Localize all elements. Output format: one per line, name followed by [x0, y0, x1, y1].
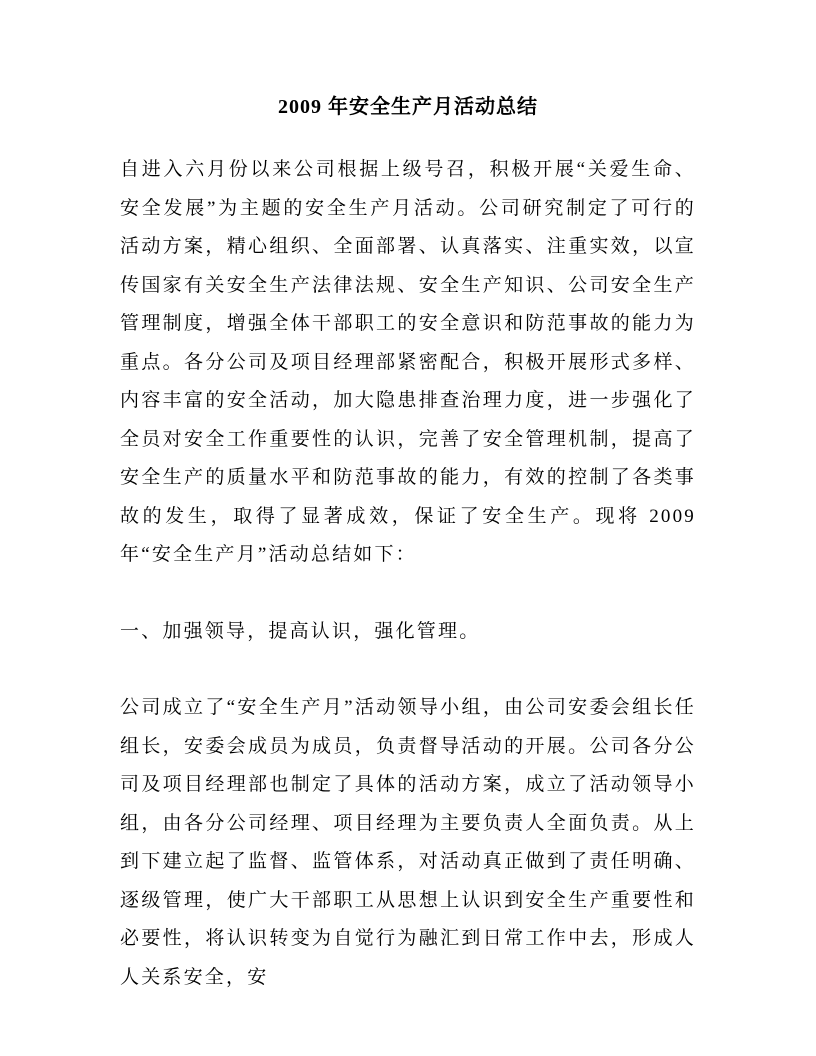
document-page: 2009 年安全生产月活动总结 自进入六月份以来公司根据上级号召，积极开展“关爱… [0, 0, 816, 1056]
section-1-heading: 一、加强领导，提高认识，强化管理。 [120, 613, 696, 652]
intro-paragraph: 自进入六月份以来公司根据上级号召，积极开展“关爱生命、安全发展”为主题的安全生产… [120, 151, 696, 575]
section-1-paragraph: 公司成立了“安全生产月”活动领导小组，由公司安委会组长任组长，安委会成员为成员，… [120, 689, 696, 997]
document-title: 2009 年安全生产月活动总结 [120, 88, 696, 126]
